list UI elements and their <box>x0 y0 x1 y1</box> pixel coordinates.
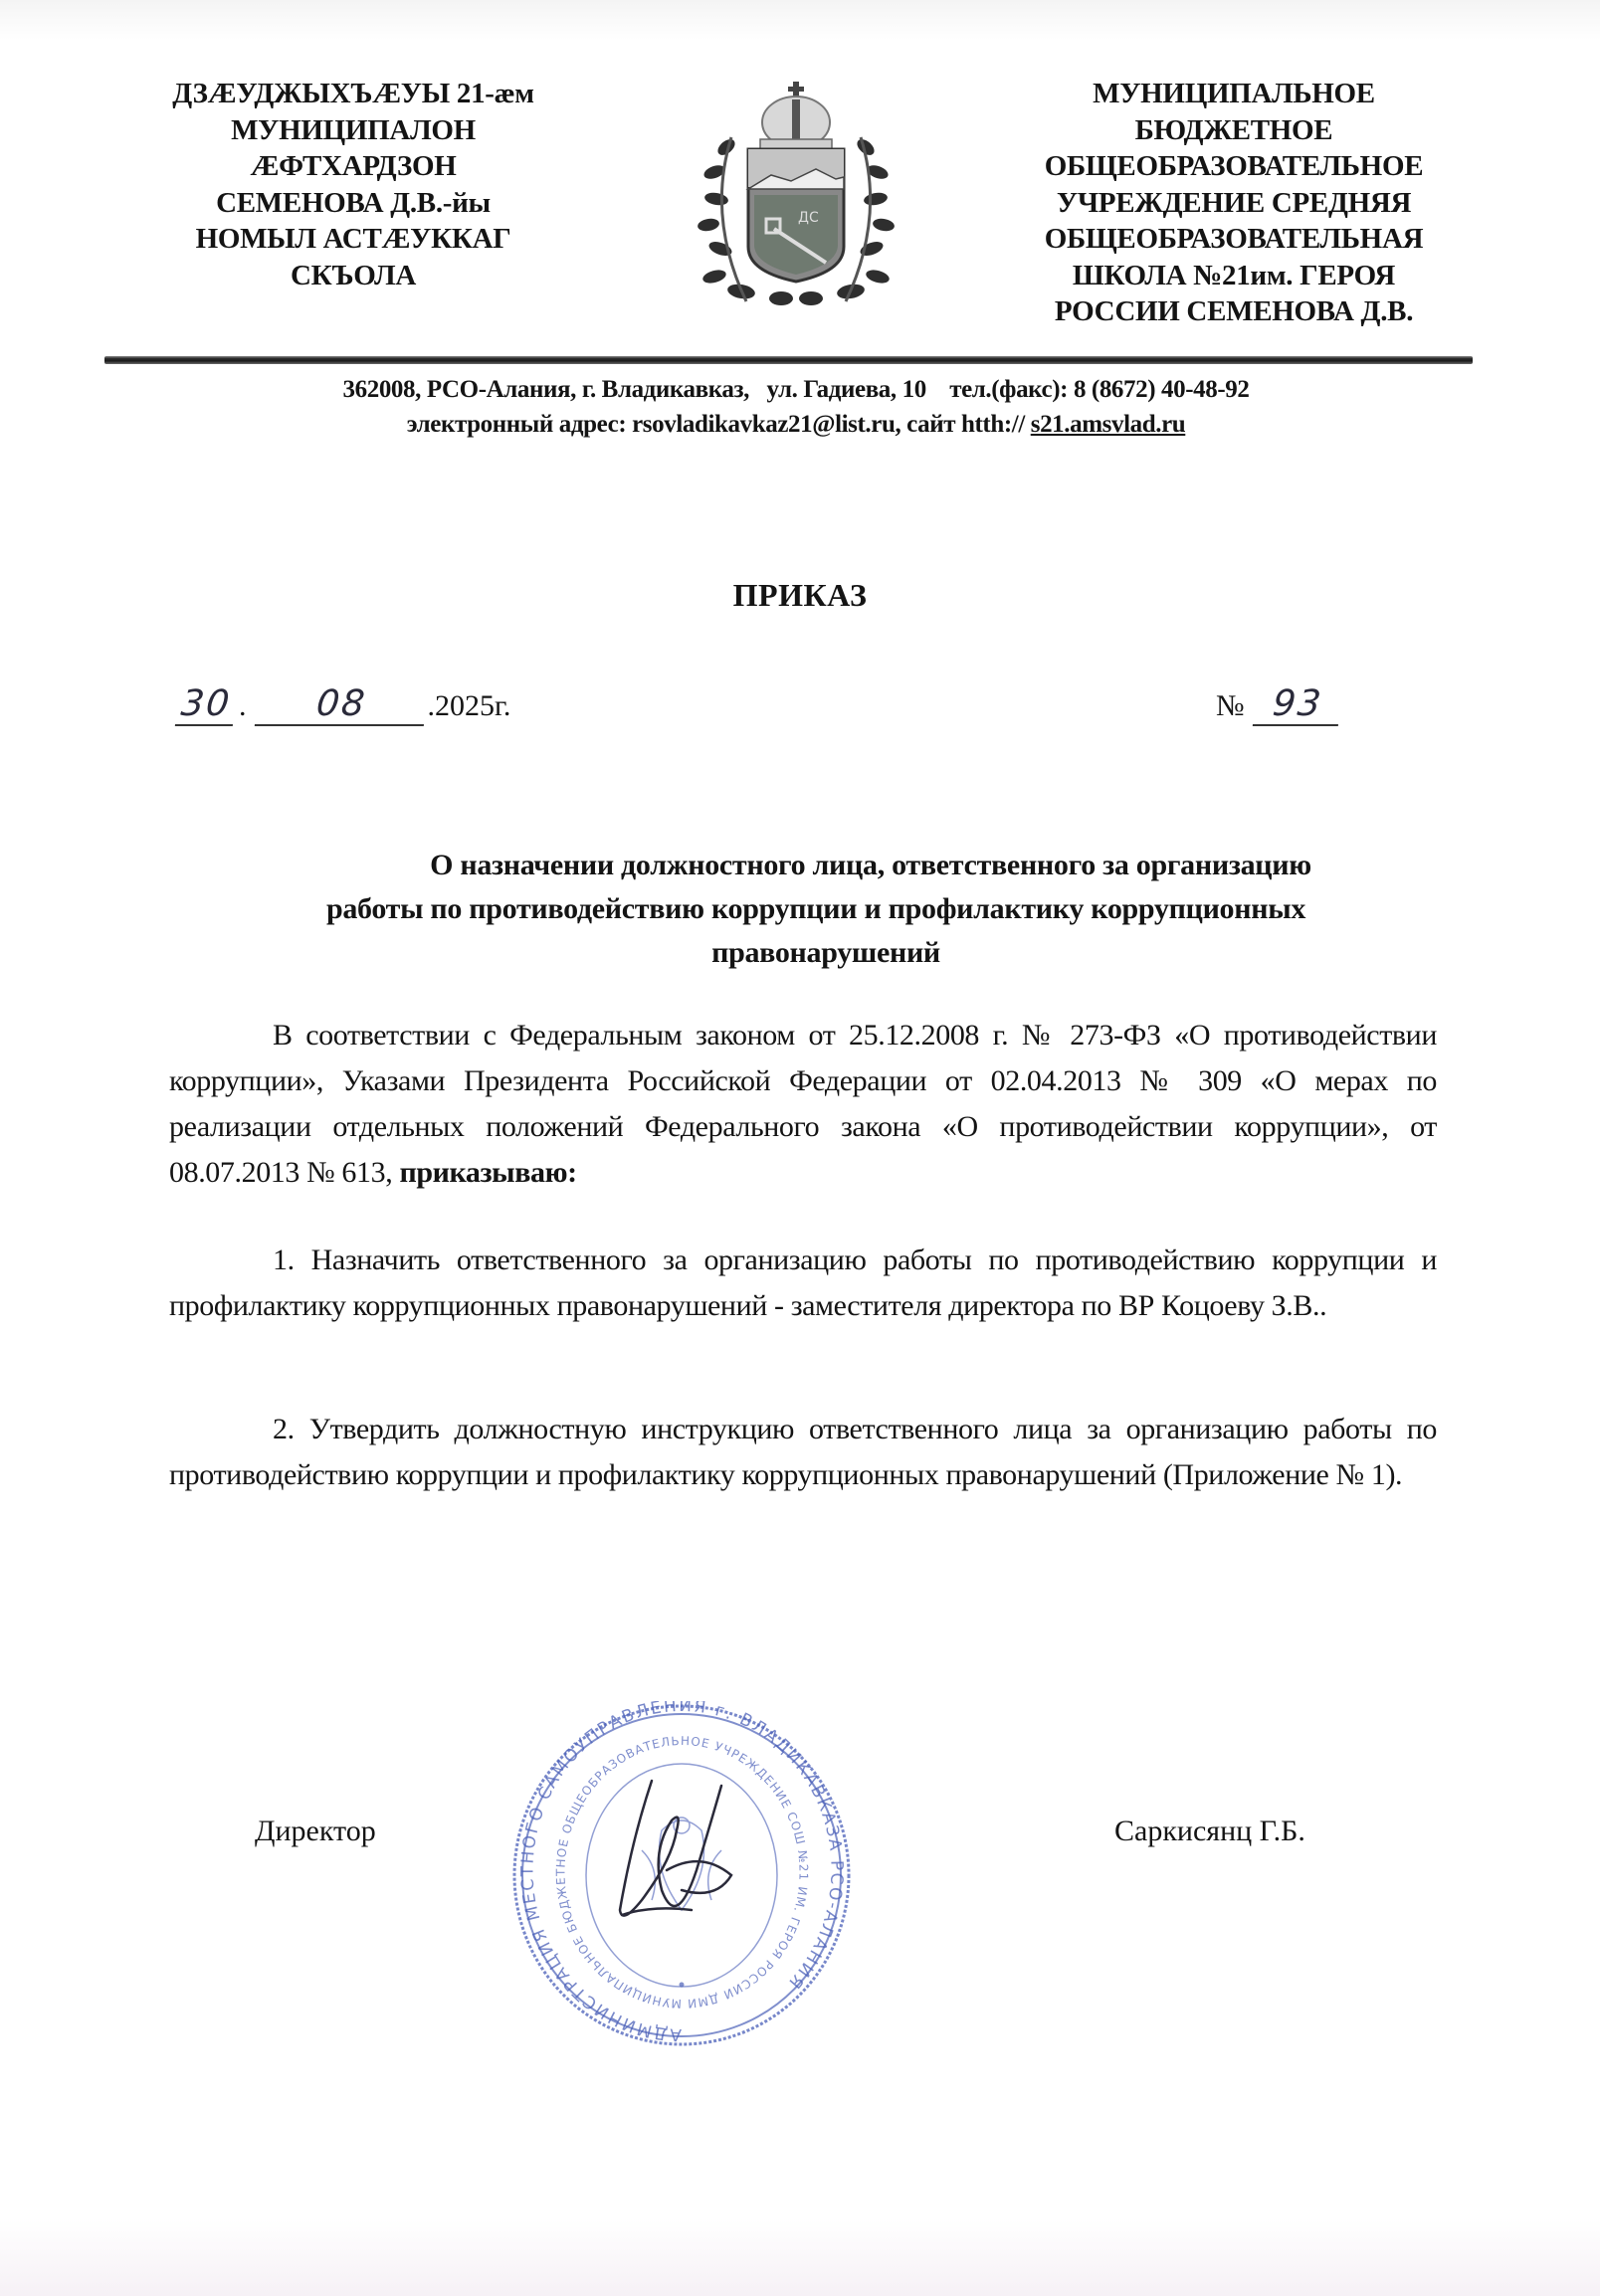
header-left-org-name: ДЗÆУДЖЫХЪÆУЫ 21-æм МУНИЦИПАЛОН ÆФТХАРДЗО… <box>129 76 577 293</box>
email-text: электронный адрес: rsovladikavkaz21@list… <box>407 411 1031 438</box>
header-left-line: ÆФТХАРДЗОН <box>129 148 577 185</box>
order-item-text: 2. Утвердить должностную инструкцию отве… <box>169 1413 1437 1491</box>
coat-of-arms-icon: ДС <box>687 78 905 316</box>
header-left-line: МУНИЦИПАЛОН <box>129 112 577 149</box>
order-item-2: 2. Утвердить должностную инструкцию отве… <box>169 1407 1437 1498</box>
header-right-line: БЮДЖЕТНОЕ <box>995 112 1473 149</box>
subject-line: правонарушений <box>199 931 1433 975</box>
subject-line: О назначении должностного лица, ответств… <box>199 844 1433 887</box>
document-title: ПРИКАЗ <box>0 577 1600 614</box>
header-right-line: ШКОЛА №21им. ГЕРОЯ <box>995 258 1473 294</box>
header-right-line: УЧРЕЖДЕНИЕ СРЕДНЯЯ <box>995 185 1473 222</box>
order-item-text: 1. Назначить ответственного за организац… <box>169 1244 1437 1322</box>
contact-info: 362008, РСО-Алания, г. Владикавказ, ул. … <box>149 372 1443 442</box>
email-line: электронный адрес: rsovladikavkaz21@list… <box>149 407 1443 442</box>
preamble-text: В соответствии с Федеральным законом от … <box>169 1019 1437 1189</box>
date-year: .2025г. <box>428 689 511 723</box>
number-handwritten: 93 <box>1252 684 1341 726</box>
order-number: № 93 <box>1216 684 1340 726</box>
header-right-line: РОССИИ СЕМЕНОВА Д.В. <box>995 293 1473 330</box>
website-link[interactable]: s21.amsvlad.ru <box>1031 411 1186 438</box>
order-verb: приказываю: <box>399 1156 576 1189</box>
signatory-name: Саркисянц Г.Б. <box>1114 1815 1305 1848</box>
date-day-handwritten: 30 <box>175 684 237 726</box>
header-left-line: СЕМЕНОВА Д.В.-йы <box>129 185 577 222</box>
header-right-org-name: МУНИЦИПАЛЬНОЕ БЮДЖЕТНОЕ ОБЩЕОБРАЗОВАТЕЛЬ… <box>995 76 1473 330</box>
document-page: ДЗÆУДЖЫХЪÆУЫ 21-æм МУНИЦИПАЛОН ÆФТХАРДЗО… <box>0 0 1600 2296</box>
signatory-title: Директор <box>255 1815 376 1848</box>
header-divider <box>104 356 1473 364</box>
header-left-line: СКЪОЛА <box>129 258 577 294</box>
date-month-handwritten: 08 <box>254 684 427 726</box>
header-right-line: МУНИЦИПАЛЬНОЕ <box>995 76 1473 112</box>
preamble-paragraph: В соответствии с Федеральным законом от … <box>169 1013 1437 1196</box>
svg-text:ДС: ДС <box>798 210 819 226</box>
handwritten-signature-icon <box>620 1781 731 1916</box>
header-left-line: НОМЫЛ АСТÆУККАГ <box>129 221 577 258</box>
order-item-1: 1. Назначить ответственного за организац… <box>169 1238 1437 1329</box>
official-seal-icon: АДМИНИСТРАЦИЯ МЕСТНОГО САМОУПРАВЛЕНИЯ г.… <box>502 1701 861 2049</box>
header-right-line: ОБЩЕОБРАЗОВАТЕЛЬНОЕ <box>995 148 1473 185</box>
header-left-line: ДЗÆУДЖЫХЪÆУЫ 21-æм <box>129 76 577 112</box>
header-right-line: ОБЩЕОБРАЗОВАТЕЛЬНАЯ <box>995 221 1473 258</box>
subject-line: работы по противодействию коррупции и пр… <box>199 887 1433 931</box>
date-separator: . <box>239 689 247 723</box>
order-date: 30 . 08 .2025г. <box>177 684 510 726</box>
order-subject: О назначении должностного лица, ответств… <box>199 844 1433 975</box>
number-label: № <box>1216 689 1245 723</box>
address-line: 362008, РСО-Алания, г. Владикавказ, ул. … <box>149 372 1443 407</box>
